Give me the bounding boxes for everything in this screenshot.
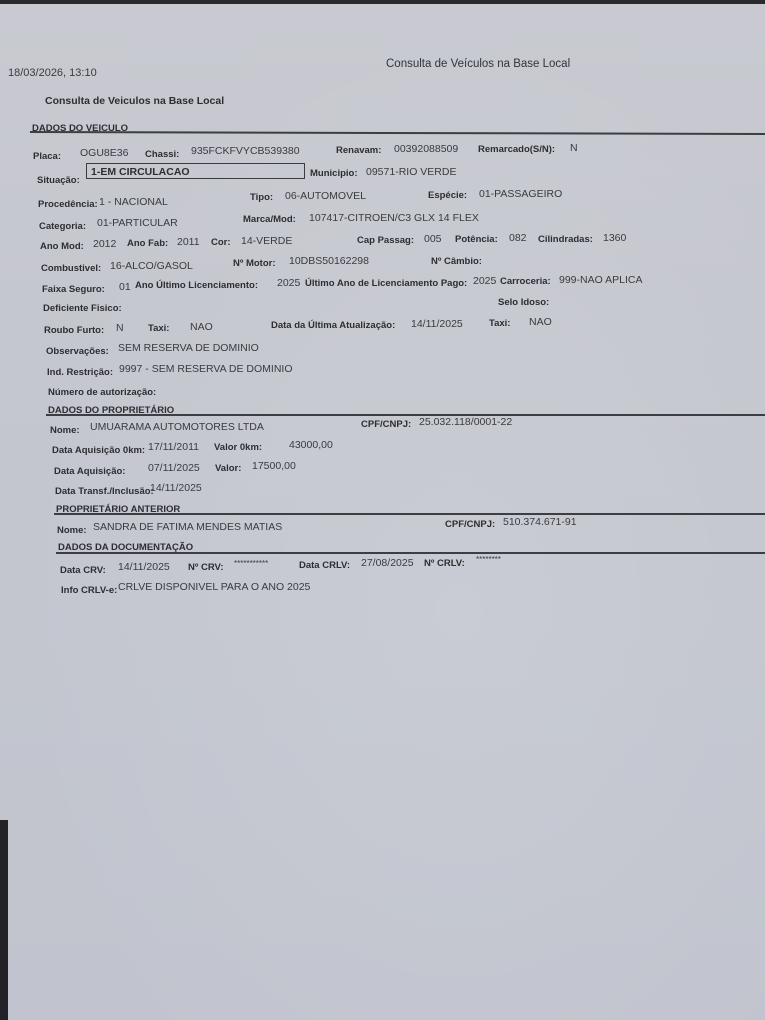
section-divider [46,414,765,416]
combustivel-value: 16-ALCO/GASOL [110,260,193,272]
placa-label: Placa: [33,151,61,162]
section-divider [56,552,765,554]
renavam-label: Renavam: [336,145,381,156]
taxi-label-2: Taxi: [489,318,510,329]
carroceria-label: Carroceria: [500,276,551,287]
data-crlv-label: Data CRLV: [299,560,350,571]
situacao-label: Situação: [37,175,80,186]
data-crv-value: 14/11/2025 [118,561,170,573]
valor-0km-label: Valor 0km: [214,442,262,453]
procedencia-value: 1 - NACIONAL [99,196,168,208]
tipo-value: 06-AUTOMOVEL [285,190,366,202]
data-aq-0km-label: Data Aquisição 0km: [52,445,145,456]
ult-ano-lic-pago-label: Último Ano de Licenciamento Pago: [305,278,467,289]
info-crlve-value: CRLVE DISPONIVEL PARA O ANO 2025 [118,581,310,593]
carroceria-value: 999-NAO APLICA [559,274,642,286]
situacao-box: 1-EM CIRCULACAO [86,163,305,179]
printed-page: 18/03/2026, 13:10 Consulta de Veículos n… [0,4,765,1020]
motor-label: Nº Motor: [233,258,276,269]
valor-0km-value: 43000,00 [289,439,333,451]
data-ult-atual-label: Data da Última Atualização: [271,320,395,331]
data-ult-atual-value: 14/11/2025 [411,318,463,330]
ind-restricao-value: 9997 - SEM RESERVA DE DOMINIO [119,363,293,375]
ano-mod-value: 2012 [93,238,116,250]
cambio-label: Nº Câmbio: [431,256,482,267]
cor-label: Cor: [211,237,231,248]
data-aq-label: Data Aquisição: [54,466,125,477]
proprietario-cpf-label: CPF/CNPJ: [361,419,411,430]
municipio-label: Municipio: [310,168,358,179]
ano-fab-value: 2011 [177,236,200,248]
data-crlv-value: 27/08/2025 [361,557,414,569]
combustivel-label: Combustivel: [41,263,101,274]
prop-anterior-cpf-value: 510.374.671-91 [503,516,577,528]
valor-label: Valor: [215,463,241,474]
taxi-value-2: NAO [529,316,552,328]
data-aq-value: 07/11/2025 [148,462,200,474]
remarcado-label: Remarcado(S/N): [478,144,555,155]
num-crlv-label: Nº CRLV: [424,558,465,569]
prop-anterior-nome-label: Nome: [57,525,87,536]
potencia-value: 082 [509,232,527,244]
num-crlv-value: ******** [476,555,501,564]
chassi-value: 935FCKFVYCB539380 [191,145,300,157]
num-autorizacao-label: Número de autorização: [48,387,156,398]
categoria-value: 01-PARTICULAR [97,217,178,229]
cor-value: 14-VERDE [241,235,292,247]
print-page-title: Consulta de Veículos na Base Local [386,58,570,70]
prop-anterior-nome-value: SANDRA DE FATIMA MENDES MATIAS [93,521,282,533]
info-crlve-label: Info CRLV-e: [61,585,117,596]
prop-anterior-cpf-label: CPF/CNPJ: [445,519,495,530]
ano-mod-label: Ano Mod: [40,241,84,252]
especie-label: Espécie: [428,190,467,201]
ano-ult-lic-label: Ano Último Licenciamento: [135,280,258,291]
faixa-seguro-value: 01 [119,281,131,293]
cilindradas-label: Cilindradas: [538,234,593,245]
ind-restricao-label: Ind. Restrição: [47,367,113,378]
data-aq-0km-value: 17/11/2011 [148,441,199,453]
roubo-furto-value: N [116,322,124,334]
taxi-value: NAO [190,321,213,333]
ano-fab-label: Ano Fab: [127,238,168,249]
chassi-label: Chassi: [145,149,179,160]
section-divider [54,513,765,515]
marca-mod-value: 107417-CITROEN/C3 GLX 14 FLEX [309,212,479,224]
data-transf-value: 14/11/2025 [150,482,202,494]
ult-ano-lic-pago-value: 2025 [473,275,496,287]
num-crv-value: *********** [234,559,268,568]
categoria-label: Categoria: [39,221,86,232]
selo-idoso-label: Selo Idoso: [498,297,549,308]
deficiente-label: Deficiente Fisico: [43,303,122,314]
potencia-label: Potência: [455,234,498,245]
cap-passag-value: 005 [424,233,442,245]
data-transf-label: Data Transf./Inclusão: [55,486,154,497]
background-edge [0,820,8,1020]
especie-value: 01-PASSAGEIRO [479,188,562,200]
cilindradas-value: 1360 [603,232,626,244]
valor-value: 17500,00 [252,460,296,472]
print-datetime: 18/03/2026, 13:10 [8,67,97,79]
cap-passag-label: Cap Passag: [357,235,414,246]
faixa-seguro-label: Faixa Seguro: [42,284,105,295]
remarcado-value: N [570,142,578,154]
document-title: Consulta de Veiculos na Base Local [45,95,224,107]
ano-ult-lic-value: 2025 [277,277,300,289]
num-crv-label: Nº CRV: [188,562,224,573]
municipio-value: 09571-RIO VERDE [366,166,456,178]
motor-value: 10DBS50162298 [289,255,369,267]
placa-value: OGU8E36 [80,147,128,159]
renavam-value: 00392088509 [394,143,458,155]
tipo-label: Tipo: [250,192,273,203]
observacoes-value: SEM RESERVA DE DOMINIO [118,342,259,354]
procedencia-label: Procedência: [38,199,98,210]
proprietario-nome-label: Nome: [50,425,80,436]
section-divider [30,131,765,134]
proprietario-cpf-value: 25.032.118/0001-22 [419,416,512,428]
taxi-label: Taxi: [148,323,169,334]
marca-mod-label: Marca/Mod: [243,214,296,225]
observacoes-label: Observações: [46,346,109,357]
proprietario-nome-value: UMUARAMA AUTOMOTORES LTDA [90,421,264,433]
data-crv-label: Data CRV: [60,565,106,576]
roubo-furto-label: Roubo Furto: [44,325,104,336]
